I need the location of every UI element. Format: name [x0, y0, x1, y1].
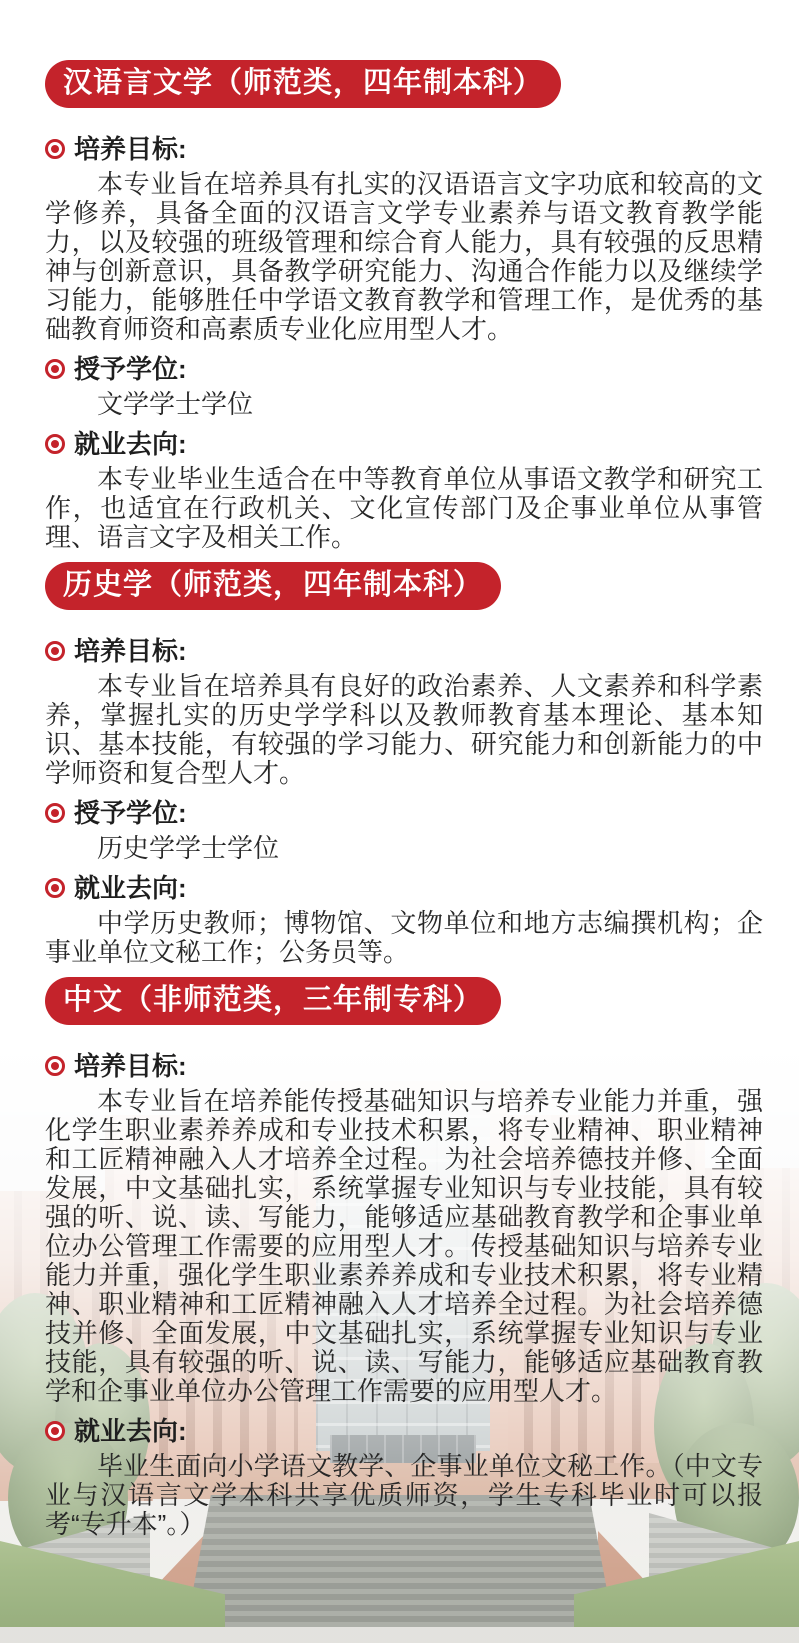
block-heading: 授予学位:	[45, 354, 763, 384]
block-heading: 培养目标:	[45, 1051, 763, 1081]
program-title-badge: 中文（非师范类，三年制专科）	[45, 977, 501, 1025]
block-label: 就业去向:	[74, 873, 187, 903]
target-bullet-icon	[45, 1056, 65, 1076]
block-heading: 就业去向:	[45, 873, 763, 903]
program-title: 历史学（师范类，四年制本科）	[63, 569, 483, 601]
paragraph-employment: 中学历史教师；博物馆、文物单位和地方志编撰机构；企事业单位文秘工作；公务员等。	[45, 909, 763, 967]
target-bullet-icon	[45, 434, 65, 454]
block-label: 培养目标:	[74, 1051, 187, 1081]
paragraph-training-objectives: 本专业旨在培养具有良好的政治素养、人文素养和科学素养，掌握扎实的历史学学科以及教…	[45, 672, 763, 788]
block-label: 培养目标:	[74, 636, 187, 666]
target-bullet-icon	[45, 1421, 65, 1441]
block-label: 就业去向:	[74, 1416, 187, 1446]
program-title-badge: 汉语言文学（师范类，四年制本科）	[45, 60, 561, 108]
block-heading: 培养目标:	[45, 636, 763, 666]
section-chinese-vocational: 中文（非师范类，三年制专科） 培养目标: 本专业旨在培养能传授基础知识与培养专业…	[45, 977, 763, 1539]
target-bullet-icon	[45, 139, 65, 159]
block-label: 就业去向:	[74, 429, 187, 459]
program-title: 汉语言文学（师范类，四年制本科）	[63, 67, 543, 99]
section-history: 历史学（师范类，四年制本科） 培养目标: 本专业旨在培养具有良好的政治素养、人文…	[45, 562, 763, 967]
block-heading: 培养目标:	[45, 134, 763, 164]
block-heading: 授予学位:	[45, 798, 763, 828]
target-bullet-icon	[45, 878, 65, 898]
section-chinese-language-literature: 汉语言文学（师范类，四年制本科） 培养目标: 本专业旨在培养具有扎实的汉语语言文…	[45, 60, 763, 552]
block-label: 培养目标:	[74, 134, 187, 164]
program-title-badge: 历史学（师范类，四年制本科）	[45, 562, 501, 610]
program-title: 中文（非师范类，三年制专科）	[63, 984, 483, 1016]
paragraph-degree: 文学学士学位	[45, 390, 763, 419]
brochure-page: 汉语言文学（师范类，四年制本科） 培养目标: 本专业旨在培养具有扎实的汉语语言文…	[0, 0, 799, 1539]
block-heading: 就业去向:	[45, 429, 763, 459]
paragraph-training-objectives: 本专业旨在培养能传授基础知识与培养专业能力并重，强化学生职业素养养成和专业技术积…	[45, 1087, 763, 1406]
target-bullet-icon	[45, 803, 65, 823]
paragraph-employment: 毕业生面向小学语文教学、企事业单位文秘工作。（中文专业与汉语言文学本科共享优质师…	[45, 1452, 763, 1539]
target-bullet-icon	[45, 359, 65, 379]
paragraph-training-objectives: 本专业旨在培养具有扎实的汉语语言文字功底和较高的文学修养，具备全面的汉语言文学专…	[45, 170, 763, 344]
paragraph-degree: 历史学学士学位	[45, 834, 763, 863]
target-bullet-icon	[45, 641, 65, 661]
block-heading: 就业去向:	[45, 1416, 763, 1446]
paragraph-employment: 本专业毕业生适合在中等教育单位从事语文教学和研究工作，也适宜在行政机关、文化宣传…	[45, 465, 763, 552]
block-label: 授予学位:	[74, 354, 187, 384]
block-label: 授予学位:	[74, 798, 187, 828]
